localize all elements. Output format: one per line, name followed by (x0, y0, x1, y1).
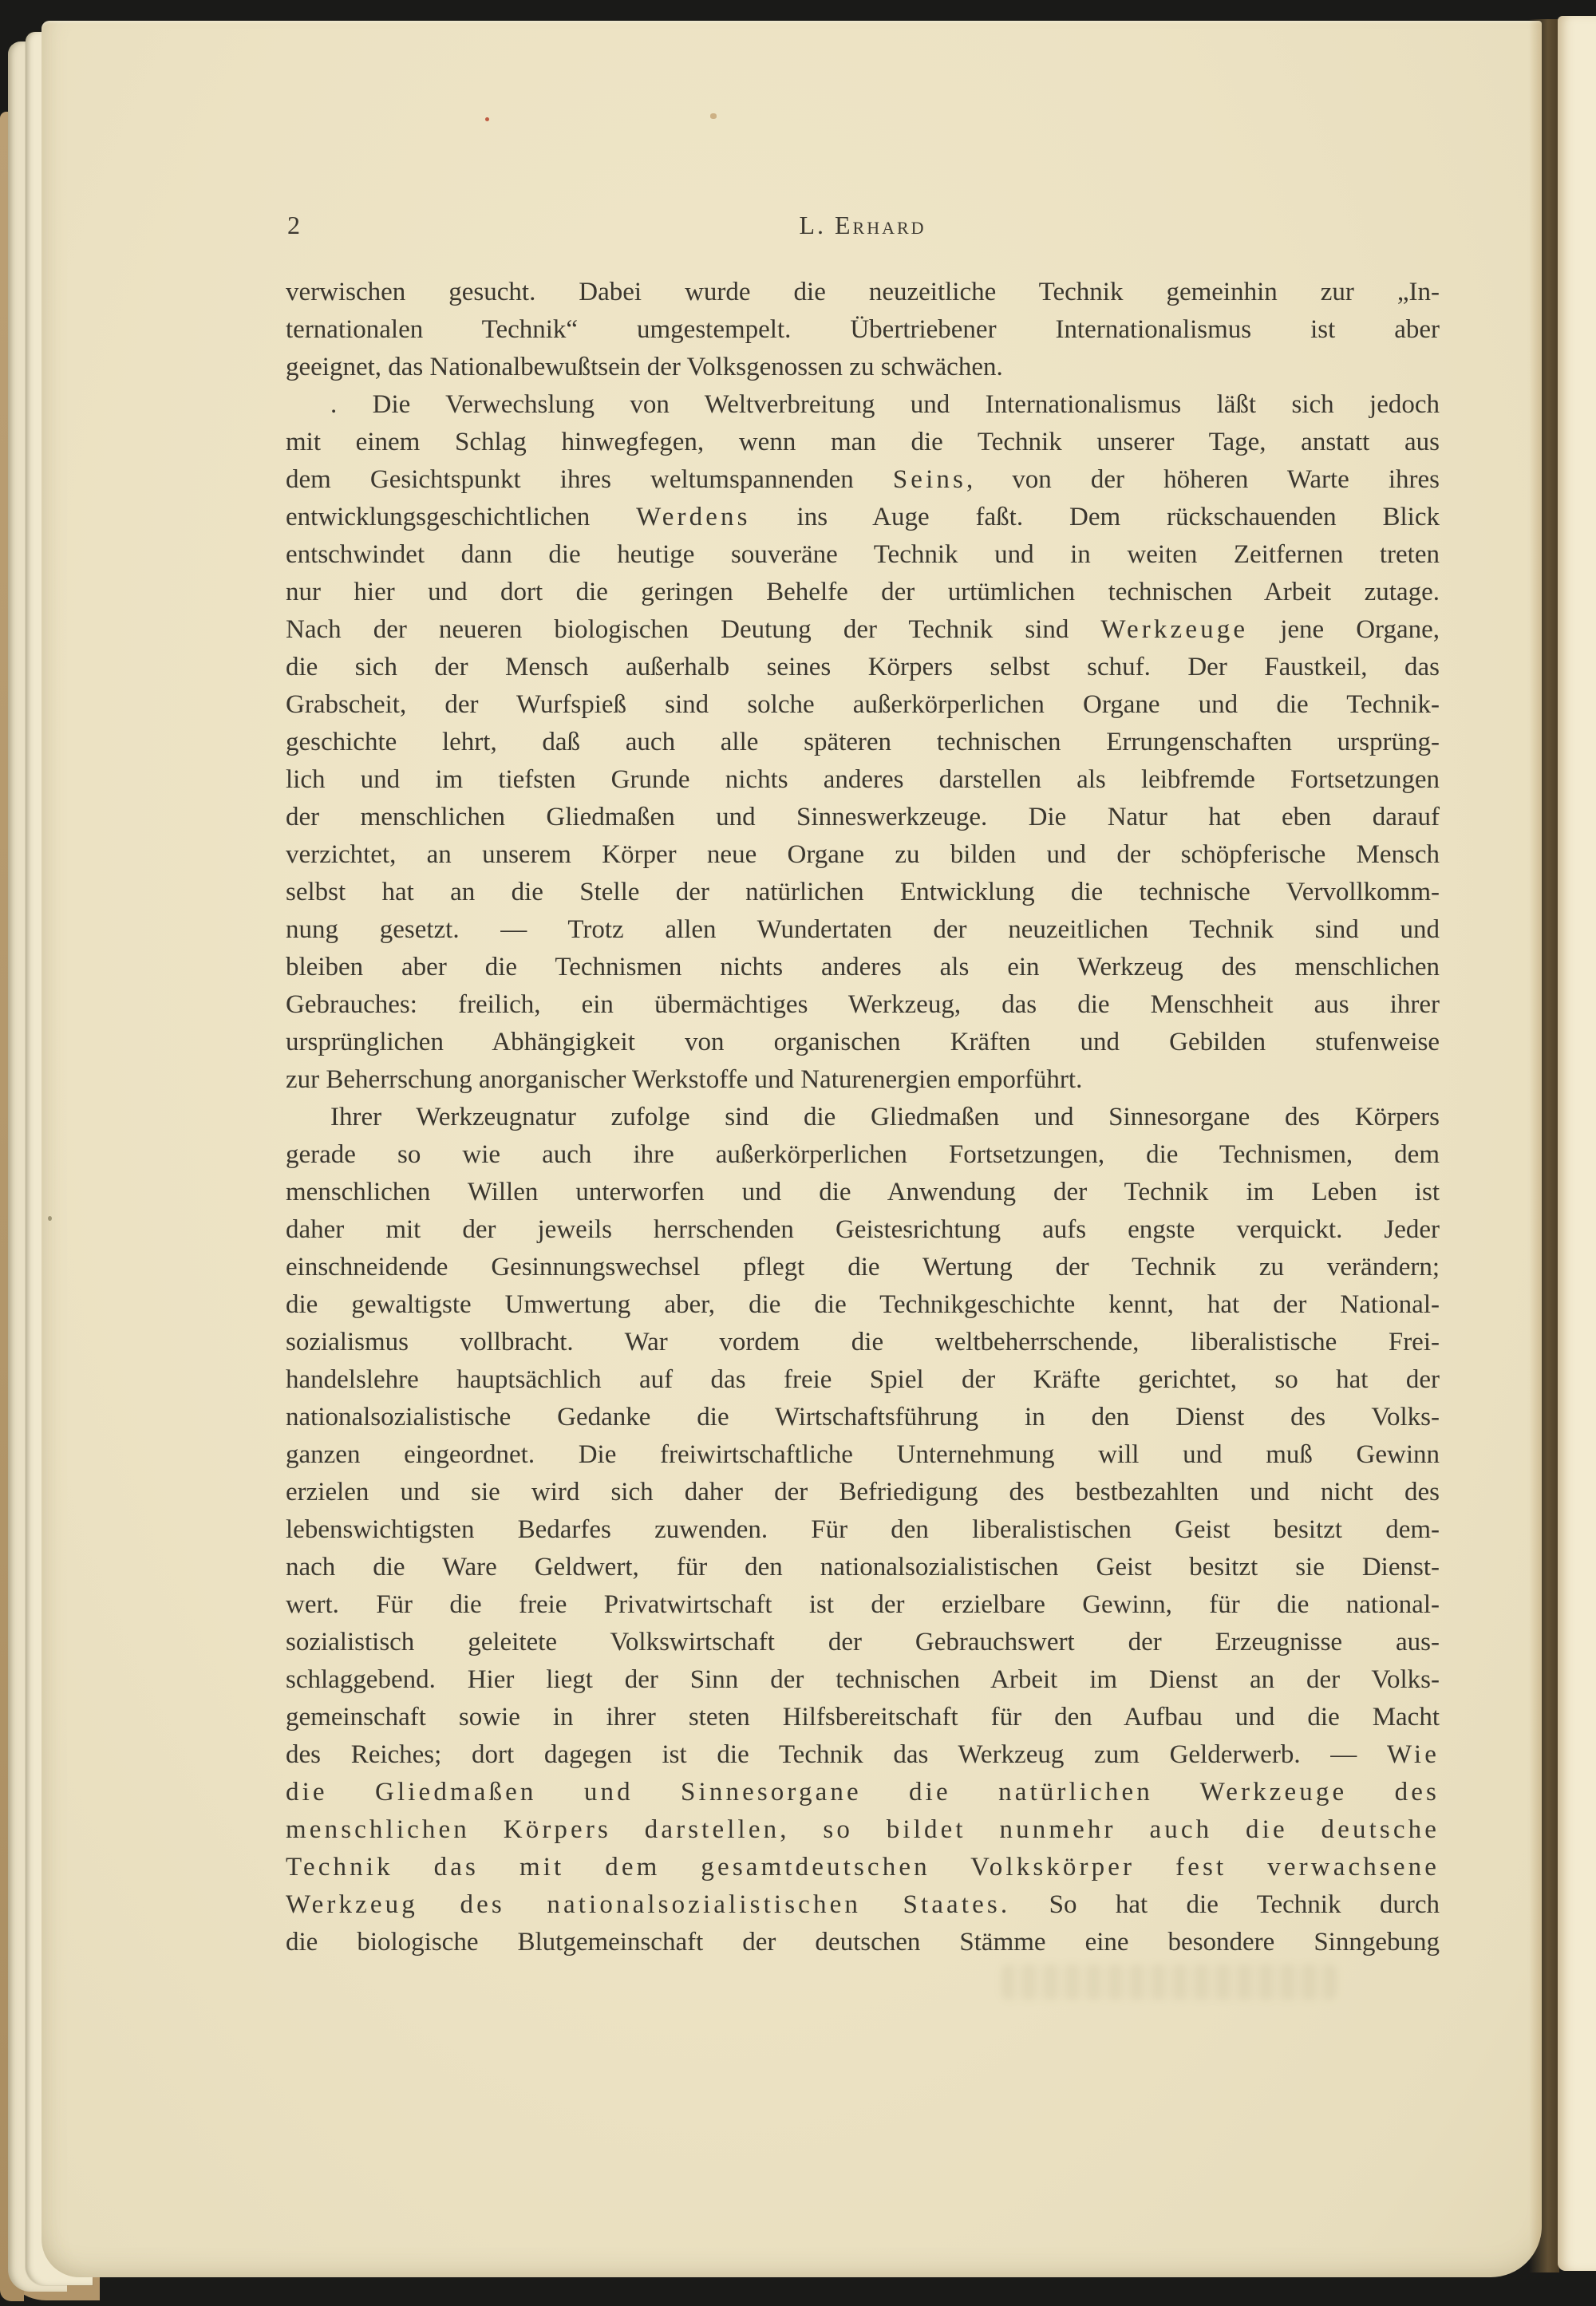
text-run: erzielen und sie wird sich daher der Bef… (286, 1478, 1440, 1506)
text-line: die sich der Mensch außerhalb seines Kör… (286, 649, 1440, 686)
text-line: die biologische Blutgemeinschaft der deu… (286, 1924, 1440, 1961)
text-line: daher mit der jeweils herrschenden Geist… (286, 1211, 1440, 1249)
text-run: die gewaltigste Umwertung aber, die die … (286, 1290, 1440, 1319)
text-run: , von der höheren Warte ihres (966, 465, 1440, 494)
text-line: zur Beherrschung anorganischer Werkstoff… (286, 1061, 1440, 1099)
text-run: jene Organe, (1248, 615, 1440, 644)
text-line: verwischen gesucht. Dabei wurde die neuz… (286, 274, 1440, 311)
text-run: Grabscheit, der Wurfspieß sind solche au… (286, 690, 1440, 719)
text-line: die Gliedmaßen und Sinnesorgane die natü… (286, 1774, 1440, 1811)
text-run: verwischen gesucht. Dabei wurde die neuz… (286, 278, 1440, 306)
text-run: die biologische Blutgemeinschaft der deu… (286, 1928, 1440, 1957)
text-line: entwicklungsgeschichtlichen Werdens ins … (286, 499, 1440, 536)
text-run: die sich der Mensch außerhalb seines Kör… (286, 653, 1440, 681)
text-run: Ihrer Werkzeugnatur zufolge sind die Gli… (330, 1103, 1440, 1131)
text-run: ganzen eingeordnet. Die freiwirtschaftli… (286, 1440, 1440, 1469)
book-page: 2 L. Erhard verwischen gesucht. Dabei wu… (41, 21, 1542, 2277)
text-line: nationalsozialistische Gedanke die Wirts… (286, 1399, 1440, 1436)
text-line: geschichte lehrt, daß auch alle späteren… (286, 724, 1440, 761)
text-run: geeignet, das Nationalbewußtsein der Vol… (286, 353, 1003, 381)
text-run: entwicklungsgeschichtlichen (286, 503, 636, 531)
book-gutter-shadow (1529, 19, 1559, 2272)
text-line: Ihrer Werkzeugnatur zufolge sind die Gli… (286, 1099, 1440, 1136)
text-line: verzichtet, an unserem Körper neue Organ… (286, 836, 1440, 874)
text-line: sozialistisch geleitete Volkswirtschaft … (286, 1624, 1440, 1661)
text-run: entschwindet dann die heutige souveräne … (286, 540, 1440, 569)
page-number: 2 (287, 207, 300, 243)
paper-speck (710, 113, 717, 119)
text-line: menschlichen Willen unterworfen und die … (286, 1174, 1440, 1211)
facing-page-edge (1558, 16, 1596, 2271)
text-line: . Die Verwechslung von Weltverbreitung u… (286, 386, 1440, 424)
text-run: handelslehre hauptsächlich auf das freie… (286, 1365, 1440, 1394)
text-run: verzichtet, an unserem Körper neue Organ… (286, 840, 1440, 869)
emphasized-text: menschlichen Körpers darstellen, so bild… (286, 1815, 1440, 1844)
text-run: ins Auge faßt. Dem rückschauenden Blick (751, 503, 1440, 531)
text-line: ternationalen Technik“ umgestempelt. Übe… (286, 311, 1440, 349)
dust-speck (485, 117, 489, 121)
text-run: geschichte lehrt, daß auch alle späteren… (286, 728, 1440, 756)
text-run: der menschlichen Gliedmaßen und Sinneswe… (286, 803, 1440, 831)
text-line: gemeinschaft sowie in ihrer steten Hilfs… (286, 1699, 1440, 1736)
text-run: nach die Ware Geldwert, für den national… (286, 1553, 1440, 1581)
text-run: daher mit der jeweils herrschenden Geist… (286, 1215, 1440, 1244)
emphasized-text: die Gliedmaßen und Sinnesorgane die natü… (286, 1778, 1440, 1806)
text-run: bleiben aber die Technismen nichts ander… (286, 953, 1440, 981)
text-line: lich und im tiefsten Grunde nichts ander… (286, 761, 1440, 799)
emphasized-text: Werkzeug des nationalsozialistischen Sta… (286, 1890, 1010, 1919)
emphasized-text: Werkzeuge (1100, 615, 1248, 644)
text-run: ursprünglichen Abhängigkeit von organisc… (286, 1028, 1440, 1056)
text-run: gerade so wie auch ihre außerkörperliche… (286, 1140, 1440, 1169)
text-run: nationalsozialistische Gedanke die Wirts… (286, 1403, 1440, 1431)
text-line: nach die Ware Geldwert, für den national… (286, 1549, 1440, 1586)
text-run: So hat die Technik durch (1010, 1890, 1440, 1919)
text-line: Gebrauches: freilich, ein übermächtiges … (286, 986, 1440, 1024)
text-line: Grabscheit, der Wurfspieß sind solche au… (286, 686, 1440, 724)
text-run: nung gesetzt. — Trotz allen Wundertaten … (286, 915, 1440, 944)
running-header-title: L. Erhard (286, 207, 1440, 243)
text-run: des Reiches; dort dagegen ist die Techni… (286, 1740, 1387, 1769)
text-line: erzielen und sie wird sich daher der Bef… (286, 1474, 1440, 1511)
text-line: der menschlichen Gliedmaßen und Sinneswe… (286, 799, 1440, 836)
text-line: die gewaltigste Umwertung aber, die die … (286, 1286, 1440, 1324)
text-run: einschneidende Gesinnungswechsel pflegt … (286, 1253, 1440, 1281)
book-scan: 2 L. Erhard verwischen gesucht. Dabei wu… (0, 0, 1596, 2306)
text-line: lebenswichtigsten Bedarfes zuwenden. Für… (286, 1511, 1440, 1549)
text-run: wert. Für die freie Privatwirtschaft ist… (286, 1590, 1440, 1619)
emphasized-text: Werdens (636, 503, 751, 531)
text-run: schlaggebend. Hier liegt der Sinn der te… (286, 1665, 1440, 1694)
text-run: gemeinschaft sowie in ihrer steten Hilfs… (286, 1703, 1440, 1731)
text-line: menschlichen Körpers darstellen, so bild… (286, 1811, 1440, 1849)
text-run: Nach der neueren biologischen Deutung de… (286, 615, 1100, 644)
text-line: ursprünglichen Abhängigkeit von organisc… (286, 1024, 1440, 1061)
text-run: dem Gesichtspunkt ihres weltumspannenden (286, 465, 893, 494)
text-line: dem Gesichtspunkt ihres weltumspannenden… (286, 461, 1440, 499)
text-line: Nach der neueren biologischen Deutung de… (286, 611, 1440, 649)
dust-speck (48, 1216, 52, 1221)
emphasized-text: Seins (893, 465, 966, 494)
paragraph: Ihrer Werkzeugnatur zufolge sind die Gli… (286, 1099, 1440, 1961)
text-line: selbst hat an die Stelle der natürlichen… (286, 874, 1440, 911)
text-run: sozialismus vollbracht. War vordem die w… (286, 1328, 1440, 1356)
text-line: geeignet, das Nationalbewußtsein der Vol… (286, 349, 1440, 386)
body-text: verwischen gesucht. Dabei wurde die neuz… (286, 274, 1440, 1961)
text-run: sozialistisch geleitete Volkswirtschaft … (286, 1628, 1440, 1656)
text-line: gerade so wie auch ihre außerkörperliche… (286, 1136, 1440, 1174)
emphasized-text: Wie (1387, 1740, 1440, 1769)
text-run: nur hier und dort die geringen Behelfe d… (286, 578, 1440, 606)
show-through-artifact (1001, 1964, 1337, 2000)
text-run: menschlichen Willen unterworfen und die … (286, 1178, 1440, 1206)
paragraph: . Die Verwechslung von Weltverbreitung u… (286, 386, 1440, 1099)
text-line: wert. Für die freie Privatwirtschaft ist… (286, 1586, 1440, 1624)
text-line: handelslehre hauptsächlich auf das freie… (286, 1361, 1440, 1399)
text-line: entschwindet dann die heutige souveräne … (286, 536, 1440, 574)
text-line: nung gesetzt. — Trotz allen Wundertaten … (286, 911, 1440, 949)
text-line: bleiben aber die Technismen nichts ander… (286, 949, 1440, 986)
text-line: Werkzeug des nationalsozialistischen Sta… (286, 1886, 1440, 1924)
running-header: 2 L. Erhard (286, 207, 1440, 243)
text-run: mit einem Schlag hinwegfegen, wenn man d… (286, 428, 1440, 456)
text-run: selbst hat an die Stelle der natürlichen… (286, 878, 1440, 906)
text-run: zur Beherrschung anorganischer Werkstoff… (286, 1065, 1082, 1094)
paragraph: verwischen gesucht. Dabei wurde die neuz… (286, 274, 1440, 386)
text-line: nur hier und dort die geringen Behelfe d… (286, 574, 1440, 611)
text-line: schlaggebend. Hier liegt der Sinn der te… (286, 1661, 1440, 1699)
emphasized-text: Technik das mit dem gesamtdeutschen Volk… (286, 1853, 1440, 1882)
text-line: Technik das mit dem gesamtdeutschen Volk… (286, 1849, 1440, 1886)
text-line: sozialismus vollbracht. War vordem die w… (286, 1324, 1440, 1361)
text-run: ternationalen Technik“ umgestempelt. Übe… (286, 315, 1440, 344)
text-run: . Die Verwechslung von Weltverbreitung u… (330, 390, 1440, 419)
text-line: mit einem Schlag hinwegfegen, wenn man d… (286, 424, 1440, 461)
text-line: des Reiches; dort dagegen ist die Techni… (286, 1736, 1440, 1774)
text-run: Gebrauches: freilich, ein übermächtiges … (286, 990, 1440, 1019)
text-line: einschneidende Gesinnungswechsel pflegt … (286, 1249, 1440, 1286)
text-run: lich und im tiefsten Grunde nichts ander… (286, 765, 1440, 794)
text-line: ganzen eingeordnet. Die freiwirtschaftli… (286, 1436, 1440, 1474)
text-run: lebenswichtigsten Bedarfes zuwenden. Für… (286, 1515, 1440, 1544)
